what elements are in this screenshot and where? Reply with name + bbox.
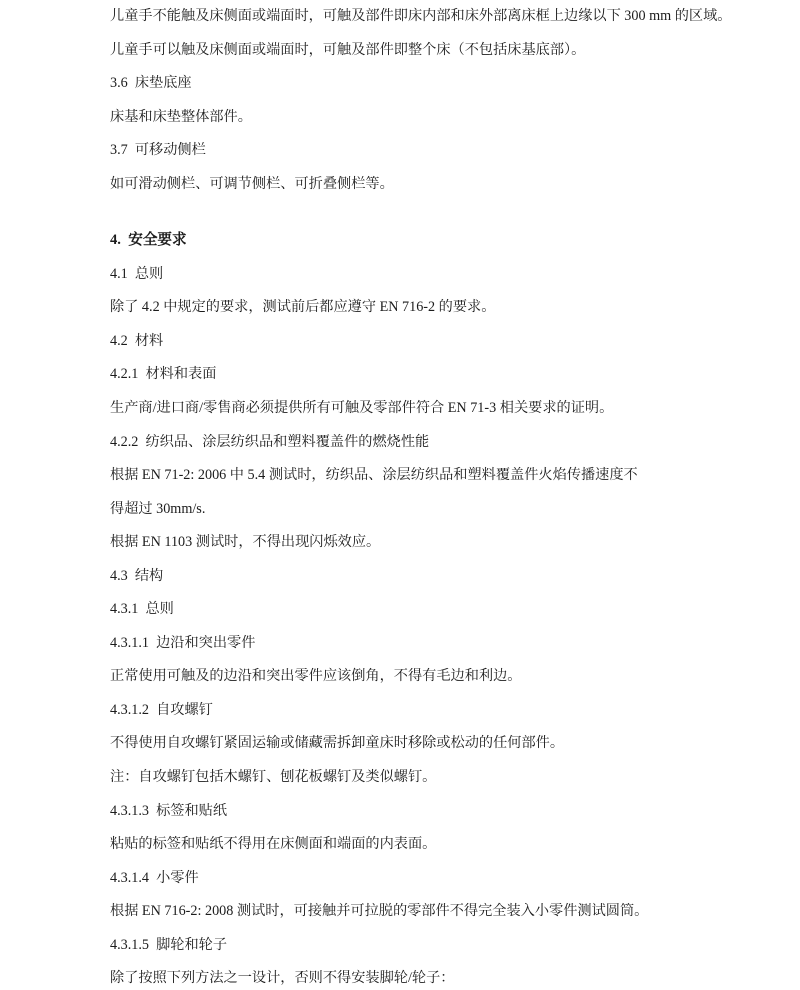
para-hands-cannot-reach: 儿童手不能触及床侧面或端面时，可触及部件即床内部和床外部离床框上边缘以下 300… xyxy=(110,0,736,34)
para-hands-can-reach: 儿童手可以触及床侧面或端面时，可触及部件即整个床（不包括床基底部）。 xyxy=(110,34,736,68)
heading-4-2-2: 4.2.2 纺织品、涂层纺织品和塑料覆盖件的燃烧性能 xyxy=(110,426,736,460)
heading-4-3-1-4: 4.3.1.4 小零件 xyxy=(110,862,736,896)
para-4-3-1-3-body: 粘贴的标签和贴纸不得用在床侧面和端面的内表面。 xyxy=(110,828,736,862)
heading-3-6: 3.6 床垫底座 xyxy=(110,67,736,101)
para-4-2-2-body-line1: 根据 EN 71-2: 2006 中 5.4 测试时，纺织品、涂层纺织品和塑料覆… xyxy=(110,459,736,493)
heading-4-3: 4.3 结构 xyxy=(110,560,736,594)
para-4-3-1-2-note: 注：自攻螺钉包括木螺钉、刨花板螺钉及类似螺钉。 xyxy=(110,761,736,795)
para-4-3-1-2-body: 不得使用自攻螺钉紧固运输或储藏需拆卸童床时移除或松动的任何部件。 xyxy=(110,727,736,761)
heading-4-1: 4.1 总则 xyxy=(110,258,736,292)
heading-4-3-1-3: 4.3.1.3 标签和贴纸 xyxy=(110,795,736,829)
para-4-2-2-body-line3: 根据 EN 1103 测试时，不得出现闪烁效应。 xyxy=(110,526,736,560)
heading-3-7: 3.7 可移动侧栏 xyxy=(110,134,736,168)
heading-4-3-1-2: 4.3.1.2 自攻螺钉 xyxy=(110,694,736,728)
para-4-2-2-body-line2: 得超过 30mm/s. xyxy=(110,493,736,527)
para-4-3-1-4-body: 根据 EN 716-2: 2008 测试时，可接触并可拉脱的零部件不得完全装入小… xyxy=(110,895,736,929)
para-3-6-body: 床基和床垫整体部件。 xyxy=(110,101,736,135)
para-4-3-1-5-body: 除了按照下列方法之一设计，否则不得安装脚轮/轮子： xyxy=(110,962,736,990)
document-page: 儿童手不能触及床侧面或端面时，可触及部件即床内部和床外部离床框上边缘以下 300… xyxy=(0,0,800,990)
heading-4-2: 4.2 材料 xyxy=(110,325,736,359)
para-3-7-body: 如可滑动侧栏、可调节侧栏、可折叠侧栏等。 xyxy=(110,168,736,202)
heading-4-3-1-1: 4.3.1.1 边沿和突出零件 xyxy=(110,627,736,661)
heading-4-3-1: 4.3.1 总则 xyxy=(110,593,736,627)
heading-4-safety-requirements: 4. 安全要求 xyxy=(110,224,736,258)
para-4-3-1-1-body: 正常使用可触及的边沿和突出零件应该倒角，不得有毛边和利边。 xyxy=(110,660,736,694)
heading-4-2-1: 4.2.1 材料和表面 xyxy=(110,358,736,392)
heading-4-3-1-5: 4.3.1.5 脚轮和轮子 xyxy=(110,929,736,963)
para-4-1-body: 除了 4.2 中规定的要求，测试前后都应遵守 EN 716-2 的要求。 xyxy=(110,291,736,325)
para-4-2-1-body: 生产商/进口商/零售商必须提供所有可触及零部件符合 EN 71-3 相关要求的证… xyxy=(110,392,736,426)
